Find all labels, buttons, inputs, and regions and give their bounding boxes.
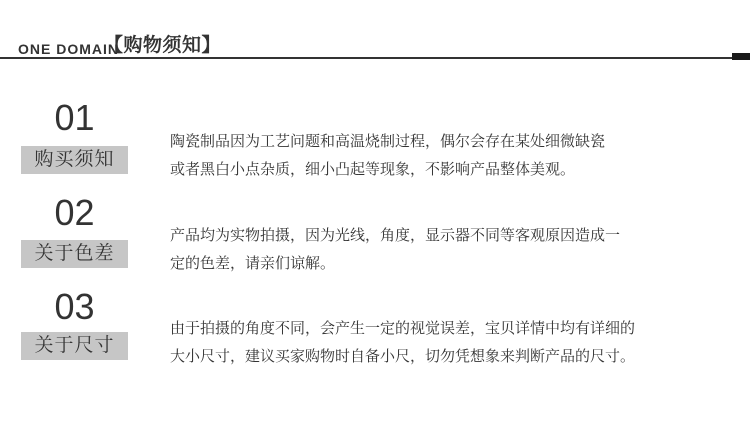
paragraph-line: 大小尺寸，建议买家购物时自备小尺，切勿凭想象来判断产品的尺寸。 xyxy=(170,343,645,371)
shopping-notice-panel: ONE DOMAIN 【购物须知】 01 购买须知 陶瓷制品因为工艺问题和高温烧… xyxy=(0,0,750,439)
paragraph-line: 定的色差，请亲们谅解。 xyxy=(170,250,645,278)
header-divider-line xyxy=(0,57,733,59)
section-paragraph: 陶瓷制品因为工艺问题和高温烧制过程，偶尔会存在某处细微缺瓷 或者黑白小点杂质，细… xyxy=(170,128,645,184)
section-paragraph: 由于拍摄的角度不同，会产生一定的视觉误差，宝贝详情中均有详细的 大小尺寸，建议买… xyxy=(170,315,645,371)
paragraph-line: 陶瓷制品因为工艺问题和高温烧制过程，偶尔会存在某处细微缺瓷 xyxy=(170,128,645,156)
section-label-badge: 关于色差 xyxy=(21,240,128,268)
header-accent-block xyxy=(732,53,750,60)
section-number: 03 xyxy=(21,287,128,327)
section-paragraph: 产品均为实物拍摄，因为光线，角度，显示器不同等客观原因造成一 定的色差，请亲们谅… xyxy=(170,222,645,278)
section-label-badge: 关于尺寸 xyxy=(21,332,128,360)
section-number: 01 xyxy=(21,98,128,138)
paragraph-line: 或者黑白小点杂质，细小凸起等现象，不影响产品整体美观。 xyxy=(170,156,645,184)
page-title: 【购物须知】 xyxy=(104,36,221,56)
section-label-badge: 购买须知 xyxy=(21,146,128,174)
paragraph-line: 由于拍摄的角度不同，会产生一定的视觉误差，宝贝详情中均有详细的 xyxy=(170,315,645,343)
section-number: 02 xyxy=(21,193,128,233)
paragraph-line: 产品均为实物拍摄，因为光线，角度，显示器不同等客观原因造成一 xyxy=(170,222,645,250)
